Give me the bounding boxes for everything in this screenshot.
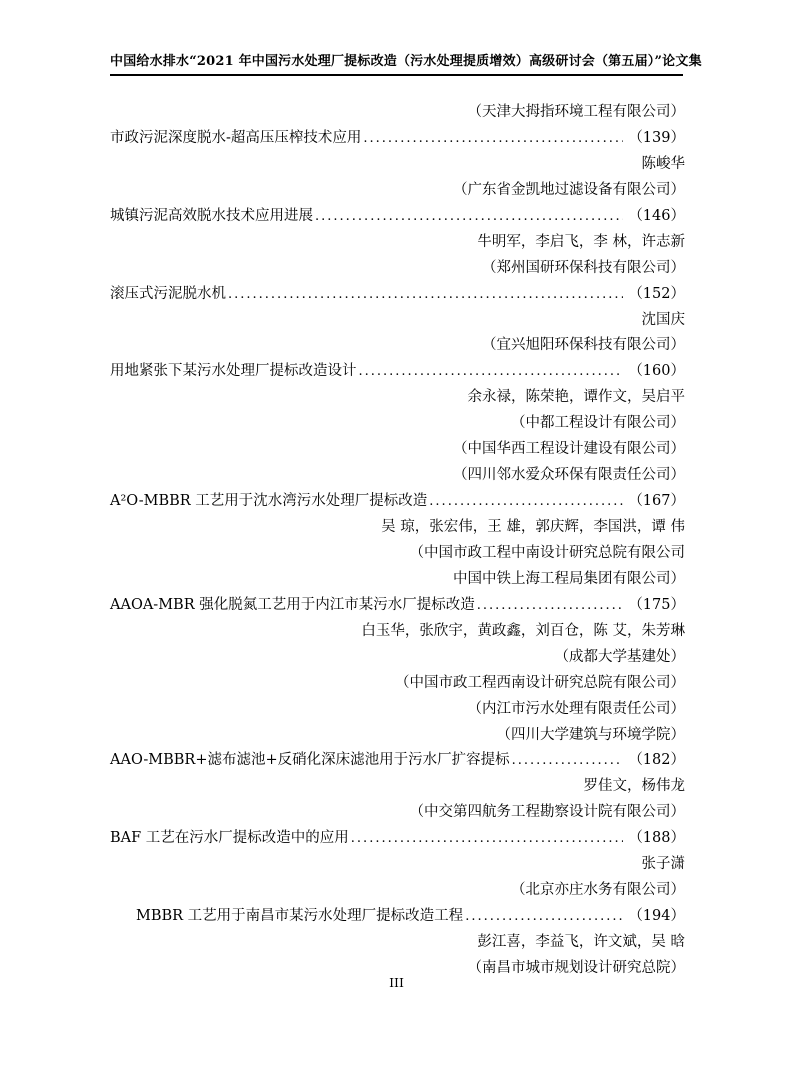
- toc-row-authors: 陈峻华: [110, 152, 685, 178]
- toc-entry-affiliation: （郑州国研环保科技有限公司）: [482, 260, 685, 276]
- toc-row-affiliation: 中国中铁上海工程局集团有限公司）: [110, 567, 685, 593]
- toc-row-title: 城镇污泥高效脱水技术应用进展..........................…: [110, 204, 685, 230]
- toc-entry-affiliation: （中国市政工程中南设计研究总院有限公司: [410, 545, 686, 561]
- dot-leader: ........................................…: [465, 904, 623, 930]
- toc-row-affiliation: （宜兴旭阳环保科技有限公司）: [110, 333, 685, 359]
- toc-entry-title: 市政污泥深度脱水-超高压压榨技术应用: [110, 126, 361, 152]
- dot-leader: ........................................…: [512, 748, 624, 774]
- toc-row-title: AAOA-MBR 强化脱氮工艺用于内江市某污水厂提标改造............…: [110, 593, 685, 619]
- toc-entry-affiliation: （四川邻水爱众环保有限责任公司）: [453, 467, 685, 483]
- toc-row-authors: 彭江喜，李益飞，许文斌，吴 晗: [110, 930, 685, 956]
- toc-entry-authors: 罗佳文，杨伟龙: [584, 778, 686, 794]
- toc-row-title: A²O-MBBR 工艺用于沈水湾污水处理厂提标改造...............…: [110, 489, 685, 515]
- toc-entry-affiliation: （中都工程设计有限公司）: [511, 415, 685, 431]
- toc-row-title: BAF 工艺在污水厂提标改造中的应用......................…: [110, 826, 685, 852]
- toc-row-authors: 沈国庆: [110, 308, 685, 334]
- toc-entry-page-number: （175）: [628, 593, 685, 619]
- toc-entry-title: 滚压式污泥脱水机: [110, 282, 226, 308]
- toc-entry-affiliation: 中国中铁上海工程局集团有限公司）: [453, 571, 685, 587]
- toc-row-title: 用地紧张下某污水处理厂提标改造设计.......................…: [110, 359, 685, 385]
- toc-entry-title: MBBR 工艺用于南昌市某污水处理厂提标改造工程: [136, 904, 463, 930]
- toc-entry-affiliation: （中国华西工程设计建设有限公司）: [453, 441, 685, 457]
- dot-leader: ........................................…: [315, 204, 623, 230]
- toc-row-title: 滚压式污泥脱水机................................…: [110, 282, 685, 308]
- toc-row-affiliation: （四川邻水爱众环保有限责任公司）: [110, 463, 685, 489]
- toc-entry-title: BAF 工艺在污水厂提标改造中的应用: [110, 826, 349, 852]
- toc-entry-authors: 彭江喜，李益飞，许文斌，吴 晗: [477, 934, 685, 950]
- dot-leader: ........................................…: [351, 826, 624, 852]
- toc-entry-page-number: （152）: [628, 282, 685, 308]
- toc-entry-authors: 陈峻华: [642, 156, 686, 172]
- toc-entry-page-number: （182）: [628, 748, 685, 774]
- toc-entry-title: 城镇污泥高效脱水技术应用进展: [110, 204, 313, 230]
- toc-entry-authors: 余永禄，陈荣艳，谭作文，吴启平: [468, 389, 686, 405]
- dot-leader: ........................................…: [228, 282, 623, 308]
- dot-leader: ........................................…: [359, 359, 624, 385]
- toc-row-affiliation: （中国市政工程中南设计研究总院有限公司: [110, 541, 685, 567]
- toc-row-title: AAO-MBBR+滤布滤池+反硝化深床滤池用于污水厂扩容提标..........…: [110, 748, 685, 774]
- toc-row-affiliation: （北京亦庄水务有限公司）: [110, 878, 685, 904]
- toc-entry-affiliation: （南昌市城市规划设计研究总院）: [468, 960, 686, 976]
- toc-row-authors: 罗佳文，杨伟龙: [110, 774, 685, 800]
- toc-row-affiliation: （四川大学建筑与环境学院）: [110, 723, 685, 749]
- toc-entry-affiliation: （北京亦庄水务有限公司）: [511, 882, 685, 898]
- toc-row-authors: 吴 琼，张宏伟，王 雄，郭庆辉，李国洪，谭 伟: [110, 515, 685, 541]
- page-header: 中国给水排水“2021 年中国污水处理厂提标改造（污水处理提质增效）高级研讨会（…: [110, 50, 683, 76]
- toc-entry-affiliation: （广东省金凯地过滤设备有限公司）: [453, 182, 685, 198]
- toc-row-authors: 张子潇: [110, 852, 685, 878]
- toc-row-affiliation: （中国市政工程西南设计研究总院有限公司）: [110, 671, 685, 697]
- toc-entry-page-number: （167）: [628, 489, 685, 515]
- toc-entry-affiliation: （中国市政工程西南设计研究总院有限公司）: [395, 675, 685, 691]
- toc-row-authors: 余永禄，陈荣艳，谭作文，吴启平: [110, 385, 685, 411]
- dot-leader: ........................................…: [429, 489, 623, 515]
- toc-row-affiliation: （内江市污水处理有限责任公司）: [110, 697, 685, 723]
- toc-entry-title: AAOA-MBR 强化脱氮工艺用于内江市某污水厂提标改造: [110, 593, 475, 619]
- toc-entry-title: A²O-MBBR 工艺用于沈水湾污水处理厂提标改造: [110, 489, 427, 515]
- header-title: 中国给水排水“2021 年中国污水处理厂提标改造（污水处理提质增效）高级研讨会（…: [110, 54, 702, 69]
- toc-entry-affiliation: （成都大学基建处）: [555, 649, 686, 665]
- toc-row-affiliation: （成都大学基建处）: [110, 645, 685, 671]
- toc-entry-affiliation: （四川大学建筑与环境学院）: [497, 727, 686, 743]
- toc-row-affiliation: （天津大拇指环境工程有限公司）: [110, 100, 685, 126]
- toc-entry-affiliation: （内江市污水处理有限责任公司）: [468, 701, 686, 717]
- toc-entry-title: 用地紧张下某污水处理厂提标改造设计: [110, 359, 357, 385]
- toc-row-affiliation: （广东省金凯地过滤设备有限公司）: [110, 178, 685, 204]
- toc-row-affiliation: （郑州国研环保科技有限公司）: [110, 256, 685, 282]
- toc-entry-page-number: （139）: [628, 126, 685, 152]
- toc-entry-affiliation: （天津大拇指环境工程有限公司）: [468, 104, 686, 120]
- toc-row-affiliation: （中交第四航务工程勘察设计院有限公司）: [110, 800, 685, 826]
- toc-entry-affiliation: （中交第四航务工程勘察设计院有限公司）: [410, 804, 686, 820]
- dot-leader: ........................................…: [477, 593, 624, 619]
- document-page: 中国给水排水“2021 年中国污水处理厂提标改造（污水处理提质增效）高级研讨会（…: [0, 0, 793, 1077]
- toc-entry-authors: 牛明军，李启飞，李 林，许志新: [477, 234, 685, 250]
- toc-entry-authors: 张子潇: [642, 856, 686, 872]
- toc-row-authors: 牛明军，李启飞，李 林，许志新: [110, 230, 685, 256]
- toc-entry-page-number: （194）: [628, 904, 685, 930]
- toc-entry-authors: 吴 琼，张宏伟，王 雄，郭庆辉，李国洪，谭 伟: [381, 519, 685, 535]
- toc-entry-authors: 沈国庆: [642, 312, 686, 328]
- toc-row-affiliation: （中国华西工程设计建设有限公司）: [110, 437, 685, 463]
- toc-entry-page-number: （146）: [628, 204, 685, 230]
- toc-row-title: 市政污泥深度脱水-超高压压榨技术应用......................…: [110, 126, 685, 152]
- page-number: III: [389, 975, 404, 990]
- toc-entry-authors: 白玉华，张欣宇，黄政鑫，刘百仓，陈 艾，朱芳琳: [361, 623, 685, 639]
- toc-row-authors: 白玉华，张欣宇，黄政鑫，刘百仓，陈 艾，朱芳琳: [110, 619, 685, 645]
- toc-content: （天津大拇指环境工程有限公司）市政污泥深度脱水-超高压压榨技术应用.......…: [110, 100, 685, 982]
- toc-entry-page-number: （188）: [628, 826, 685, 852]
- toc-row-title: MBBR 工艺用于南昌市某污水处理厂提标改造工程................…: [110, 904, 685, 930]
- toc-row-affiliation: （中都工程设计有限公司）: [110, 411, 685, 437]
- page-footer: III: [0, 975, 793, 991]
- dot-leader: ........................................…: [363, 126, 623, 152]
- toc-entry-title: AAO-MBBR+滤布滤池+反硝化深床滤池用于污水厂扩容提标: [110, 748, 510, 774]
- toc-entry-page-number: （160）: [628, 359, 685, 385]
- toc-entry-affiliation: （宜兴旭阳环保科技有限公司）: [482, 337, 685, 353]
